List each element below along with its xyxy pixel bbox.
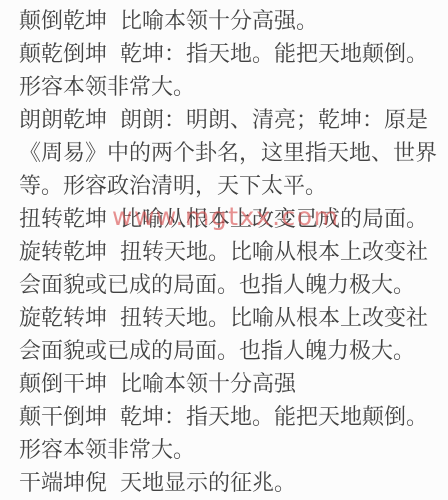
text-line: 会面貌或已成的局面。也指人魄力极大。 [19, 269, 440, 302]
entry-definition: 比喻本领十分高强。 [120, 9, 318, 34]
text-line: 颠倒乾坤比喻本领十分高强。 [19, 5, 440, 38]
entry-term: 颠倒乾坤 [19, 5, 107, 38]
entry-definition: 扭转天地。比喻从根本上改变社 [120, 306, 428, 331]
text-line: 《周易》中的两个卦名，这里指天地、世界 [19, 137, 440, 170]
entry-term: 颠干倒坤 [19, 401, 107, 434]
entry-definition: 天地显示的征兆。 [120, 471, 296, 496]
text-line: 扭转乾坤比喻从根本上改变已成的局面。 [19, 203, 440, 236]
glossary-page: 颠倒乾坤比喻本领十分高强。颠乾倒坤乾坤：指天地。能把天地颠倒。形容本领非常大。朗… [0, 0, 448, 500]
text-line: 旋乾转坤扭转天地。比喻从根本上改变社 [19, 302, 440, 335]
glossary-entry: 干端坤倪天地显示的征兆。 [19, 467, 440, 500]
entry-definition: 比喻从根本上改变已成的局面。 [120, 207, 428, 232]
entry-definition: 乾坤：指天地。能把天地颠倒。 [120, 42, 428, 67]
text-line: 形容本领非常大。 [19, 434, 440, 467]
text-line: 形容本领非常大。 [19, 71, 440, 104]
entry-definition-continued: 会面貌或已成的局面。也指人魄力极大。 [19, 339, 415, 364]
entry-term: 旋转乾坤 [19, 236, 107, 269]
entry-definition-continued: 等。形容政治清明，天下太平。 [19, 174, 327, 199]
glossary-entry: 扭转乾坤比喻从根本上改变已成的局面。 [19, 203, 440, 236]
entry-term: 颠倒干坤 [19, 368, 107, 401]
text-line: 颠乾倒坤乾坤：指天地。能把天地颠倒。 [19, 38, 440, 71]
entry-definition-continued: 形容本领非常大。 [19, 75, 195, 100]
text-line: 等。形容政治清明，天下太平。 [19, 170, 440, 203]
entry-definition: 乾坤：指天地。能把天地颠倒。 [120, 405, 428, 430]
text-line: 干端坤倪天地显示的征兆。 [19, 467, 440, 500]
text-line: 会面貌或已成的局面。也指人魄力极大。 [19, 335, 440, 368]
entry-term: 扭转乾坤 [19, 203, 107, 236]
entry-definition-continued: 《周易》中的两个卦名，这里指天地、世界 [19, 141, 437, 166]
glossary-entry: 颠倒乾坤比喻本领十分高强。 [19, 5, 440, 38]
text-line: 颠倒干坤比喻本领十分高强 [19, 368, 440, 401]
entry-definition: 朗朗：明朗、清亮；乾坤：原是 [120, 108, 428, 133]
entry-term: 旋乾转坤 [19, 302, 107, 335]
entry-definition-continued: 会面貌或已成的局面。也指人魄力极大。 [19, 273, 415, 298]
entry-definition-continued: 形容本领非常大。 [19, 438, 195, 463]
entry-term: 干端坤倪 [19, 467, 107, 500]
entry-term: 朗朗乾坤 [19, 104, 107, 137]
entry-term: 颠乾倒坤 [19, 38, 107, 71]
glossary-entry: 颠干倒坤乾坤：指天地。能把天地颠倒。形容本领非常大。 [19, 401, 440, 467]
entry-definition: 比喻本领十分高强 [120, 372, 296, 397]
text-line: 朗朗乾坤朗朗：明朗、清亮；乾坤：原是 [19, 104, 440, 137]
entry-definition: 扭转天地。比喻从根本上改变社 [120, 240, 428, 265]
glossary-entry: 旋转乾坤扭转天地。比喻从根本上改变社会面貌或已成的局面。也指人魄力极大。 [19, 236, 440, 302]
glossary-entry: 颠乾倒坤乾坤：指天地。能把天地颠倒。形容本领非常大。 [19, 38, 440, 104]
text-line: 颠干倒坤乾坤：指天地。能把天地颠倒。 [19, 401, 440, 434]
glossary-entry: 旋乾转坤扭转天地。比喻从根本上改变社会面貌或已成的局面。也指人魄力极大。 [19, 302, 440, 368]
glossary-entry: 朗朗乾坤朗朗：明朗、清亮；乾坤：原是《周易》中的两个卦名，这里指天地、世界等。形… [19, 104, 440, 203]
text-line: 旋转乾坤扭转天地。比喻从根本上改变社 [19, 236, 440, 269]
glossary-entry: 颠倒干坤比喻本领十分高强 [19, 368, 440, 401]
glossary-entries: 颠倒乾坤比喻本领十分高强。颠乾倒坤乾坤：指天地。能把天地颠倒。形容本领非常大。朗… [19, 5, 440, 500]
